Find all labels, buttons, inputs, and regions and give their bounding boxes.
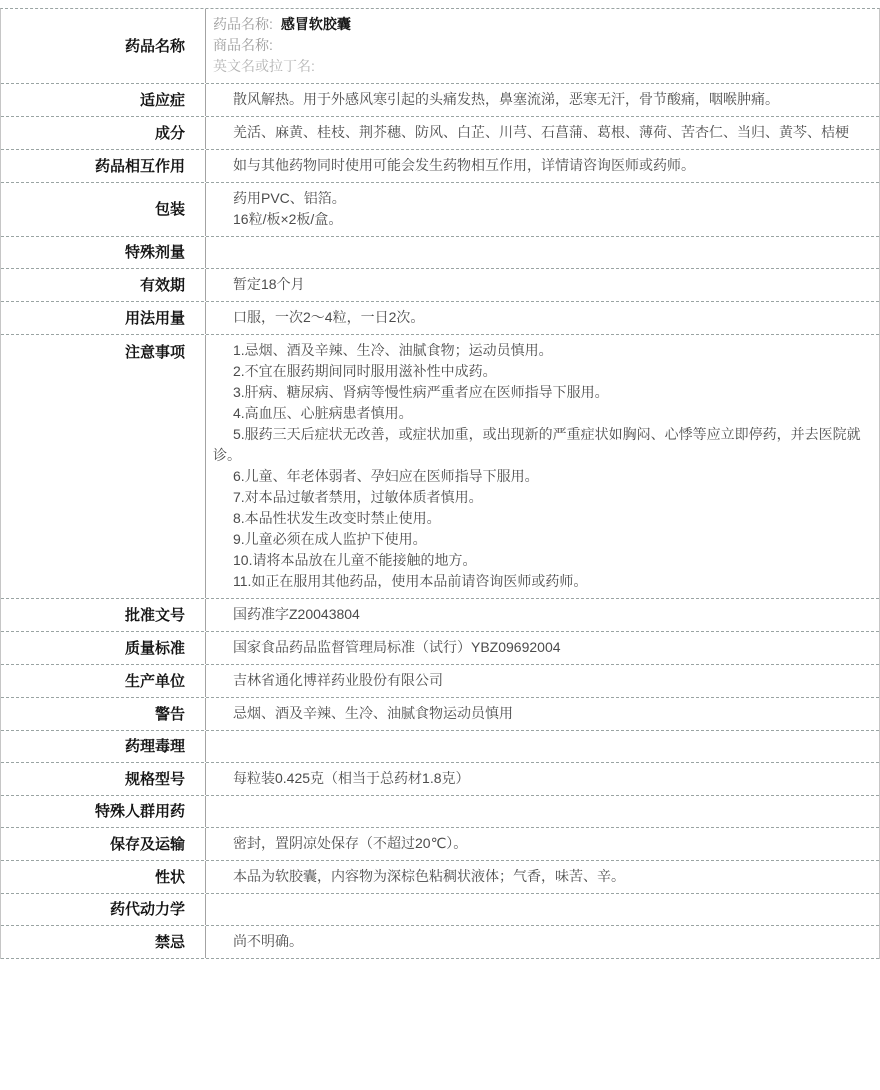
value-line: 密封，置阴凉处保存（不超过20℃）。 xyxy=(213,833,865,854)
field-key: 药品名称: xyxy=(213,16,273,32)
row-label: 性状 xyxy=(1,861,206,893)
table-row: 适应症 散风解热。用于外感风寒引起的头痛发热，鼻塞流涕，恶寒无汗，骨节酸痛，咽喉… xyxy=(1,84,879,117)
name-field-line: 商品名称: xyxy=(213,35,865,56)
value-line: 忌烟、酒及辛辣、生冷、油腻食物运动员慎用 xyxy=(213,703,865,724)
table-row: 成分 羌活、麻黄、桂枝、荆芥穗、防风、白芷、川芎、石菖蒲、葛根、薄荷、苦杏仁、当… xyxy=(1,117,879,150)
value-line: 国家食品药品监督管理局标准（试行）YBZ09692004 xyxy=(213,637,865,658)
row-label: 规格型号 xyxy=(1,763,206,795)
row-label: 包装 xyxy=(1,183,206,236)
row-value: 口服，一次2～4粒，一日2次。 xyxy=(206,302,879,334)
value-line: 4.高血压、心脏病患者慎用。 xyxy=(213,403,865,424)
row-value: 密封，置阴凉处保存（不超过20℃）。 xyxy=(206,828,879,860)
value-line: 尚不明确。 xyxy=(213,931,865,952)
row-label: 生产单位 xyxy=(1,665,206,697)
row-label: 有效期 xyxy=(1,269,206,301)
row-label: 批准文号 xyxy=(1,599,206,631)
row-label: 适应症 xyxy=(1,84,206,116)
field-key: 商品名称: xyxy=(213,37,273,53)
table-row: 注意事项 1.忌烟、酒及辛辣、生冷、油腻食物；运动员慎用。2.不宜在服药期间同时… xyxy=(1,335,879,599)
row-value xyxy=(206,731,879,762)
table-row: 特殊剂量 xyxy=(1,237,879,269)
value-line: 吉林省通化博祥药业股份有限公司 xyxy=(213,670,865,691)
table-row: 药品名称 药品名称:感冒软胶囊商品名称:英文名或拉丁名: xyxy=(1,9,879,84)
row-value: 药品名称:感冒软胶囊商品名称:英文名或拉丁名: xyxy=(206,9,879,83)
row-label: 特殊人群用药 xyxy=(1,796,206,827)
value-line: 3.肝病、糖尿病、肾病等慢性病严重者应在医师指导下服用。 xyxy=(213,382,865,403)
row-label: 保存及运输 xyxy=(1,828,206,860)
value-line: 11.如正在服用其他药品，使用本品前请咨询医师或药师。 xyxy=(213,571,865,592)
row-value xyxy=(206,237,879,268)
row-value: 每粒装0.425克（相当于总药材1.8克） xyxy=(206,763,879,795)
row-label: 药品名称 xyxy=(1,9,206,83)
drug-info-table: 药品名称 药品名称:感冒软胶囊商品名称:英文名或拉丁名: 适应症 散风解热。用于… xyxy=(0,8,880,959)
value-line: 药用PVC、铝箔。 xyxy=(213,188,865,209)
row-label: 药品相互作用 xyxy=(1,150,206,182)
row-value: 本品为软胶囊，内容物为深棕色粘稠状液体；气香，味苦、辛。 xyxy=(206,861,879,893)
drug-info-page: 药品名称 药品名称:感冒软胶囊商品名称:英文名或拉丁名: 适应症 散风解热。用于… xyxy=(0,0,880,959)
row-label: 禁忌 xyxy=(1,926,206,958)
value-line: 8.本品性状发生改变时禁止使用。 xyxy=(213,508,865,529)
value-line: 10.请将本品放在儿童不能接触的地方。 xyxy=(213,550,865,571)
value-line: 7.对本品过敏者禁用，过敏体质者慎用。 xyxy=(213,487,865,508)
row-value: 1.忌烟、酒及辛辣、生冷、油腻食物；运动员慎用。2.不宜在服药期间同时服用滋补性… xyxy=(206,335,879,598)
value-line: 国药准字Z20043804 xyxy=(213,604,865,625)
value-line: 羌活、麻黄、桂枝、荆芥穗、防风、白芷、川芎、石菖蒲、葛根、薄荷、苦杏仁、当归、黄… xyxy=(213,122,865,143)
row-value: 羌活、麻黄、桂枝、荆芥穗、防风、白芷、川芎、石菖蒲、葛根、薄荷、苦杏仁、当归、黄… xyxy=(206,117,879,149)
value-line: 暂定18个月 xyxy=(213,274,865,295)
table-row: 用法用量 口服，一次2～4粒，一日2次。 xyxy=(1,302,879,335)
value-line: 如与其他药物同时使用可能会发生药物相互作用，详情请咨询医师或药师。 xyxy=(213,155,865,176)
row-label: 特殊剂量 xyxy=(1,237,206,268)
row-value xyxy=(206,894,879,925)
table-row: 保存及运输 密封，置阴凉处保存（不超过20℃）。 xyxy=(1,828,879,861)
table-row: 警告 忌烟、酒及辛辣、生冷、油腻食物运动员慎用 xyxy=(1,698,879,731)
row-value: 散风解热。用于外感风寒引起的头痛发热，鼻塞流涕，恶寒无汗，骨节酸痛，咽喉肿痛。 xyxy=(206,84,879,116)
row-label: 注意事项 xyxy=(1,335,206,598)
value-line: 1.忌烟、酒及辛辣、生冷、油腻食物；运动员慎用。 xyxy=(213,340,865,361)
row-value: 吉林省通化博祥药业股份有限公司 xyxy=(206,665,879,697)
field-key: 英文名或拉丁名: xyxy=(213,58,315,74)
value-line: 9.儿童必须在成人监护下使用。 xyxy=(213,529,865,550)
row-label: 成分 xyxy=(1,117,206,149)
row-value xyxy=(206,796,879,827)
value-line: 本品为软胶囊，内容物为深棕色粘稠状液体；气香，味苦、辛。 xyxy=(213,866,865,887)
row-label: 药理毒理 xyxy=(1,731,206,762)
table-row: 批准文号 国药准字Z20043804 xyxy=(1,599,879,632)
table-row: 性状 本品为软胶囊，内容物为深棕色粘稠状液体；气香，味苦、辛。 xyxy=(1,861,879,894)
row-label: 警告 xyxy=(1,698,206,730)
row-value: 如与其他药物同时使用可能会发生药物相互作用，详情请咨询医师或药师。 xyxy=(206,150,879,182)
value-line: 2.不宜在服药期间同时服用滋补性中成药。 xyxy=(213,361,865,382)
row-value: 国家食品药品监督管理局标准（试行）YBZ09692004 xyxy=(206,632,879,664)
table-row: 药代动力学 xyxy=(1,894,879,926)
row-label: 用法用量 xyxy=(1,302,206,334)
name-field-line: 药品名称:感冒软胶囊 xyxy=(213,14,865,35)
table-row: 生产单位 吉林省通化博祥药业股份有限公司 xyxy=(1,665,879,698)
row-value: 尚不明确。 xyxy=(206,926,879,958)
table-row: 药理毒理 xyxy=(1,731,879,763)
value-line: 5.服药三天后症状无改善，或症状加重，或出现新的严重症状如胸闷、心悸等应立即停药… xyxy=(213,424,865,466)
table-row: 质量标准 国家食品药品监督管理局标准（试行）YBZ09692004 xyxy=(1,632,879,665)
row-label: 药代动力学 xyxy=(1,894,206,925)
row-value: 药用PVC、铝箔。16粒/板×2板/盒。 xyxy=(206,183,879,236)
row-value: 暂定18个月 xyxy=(206,269,879,301)
table-row: 禁忌 尚不明确。 xyxy=(1,926,879,959)
value-line: 散风解热。用于外感风寒引起的头痛发热，鼻塞流涕，恶寒无汗，骨节酸痛，咽喉肿痛。 xyxy=(213,89,865,110)
value-line: 6.儿童、年老体弱者、孕妇应在医师指导下服用。 xyxy=(213,466,865,487)
row-label: 质量标准 xyxy=(1,632,206,664)
table-row: 特殊人群用药 xyxy=(1,796,879,828)
table-row: 规格型号 每粒装0.425克（相当于总药材1.8克） xyxy=(1,763,879,796)
table-row: 包装 药用PVC、铝箔。16粒/板×2板/盒。 xyxy=(1,183,879,237)
table-row: 药品相互作用 如与其他药物同时使用可能会发生药物相互作用，详情请咨询医师或药师。 xyxy=(1,150,879,183)
value-line: 口服，一次2～4粒，一日2次。 xyxy=(213,307,865,328)
row-value: 国药准字Z20043804 xyxy=(206,599,879,631)
table-row: 有效期 暂定18个月 xyxy=(1,269,879,302)
drug-name-value: 感冒软胶囊 xyxy=(281,16,351,32)
value-line: 16粒/板×2板/盒。 xyxy=(213,209,865,230)
value-line: 每粒装0.425克（相当于总药材1.8克） xyxy=(213,768,865,789)
name-field-line: 英文名或拉丁名: xyxy=(213,56,865,77)
row-value: 忌烟、酒及辛辣、生冷、油腻食物运动员慎用 xyxy=(206,698,879,730)
